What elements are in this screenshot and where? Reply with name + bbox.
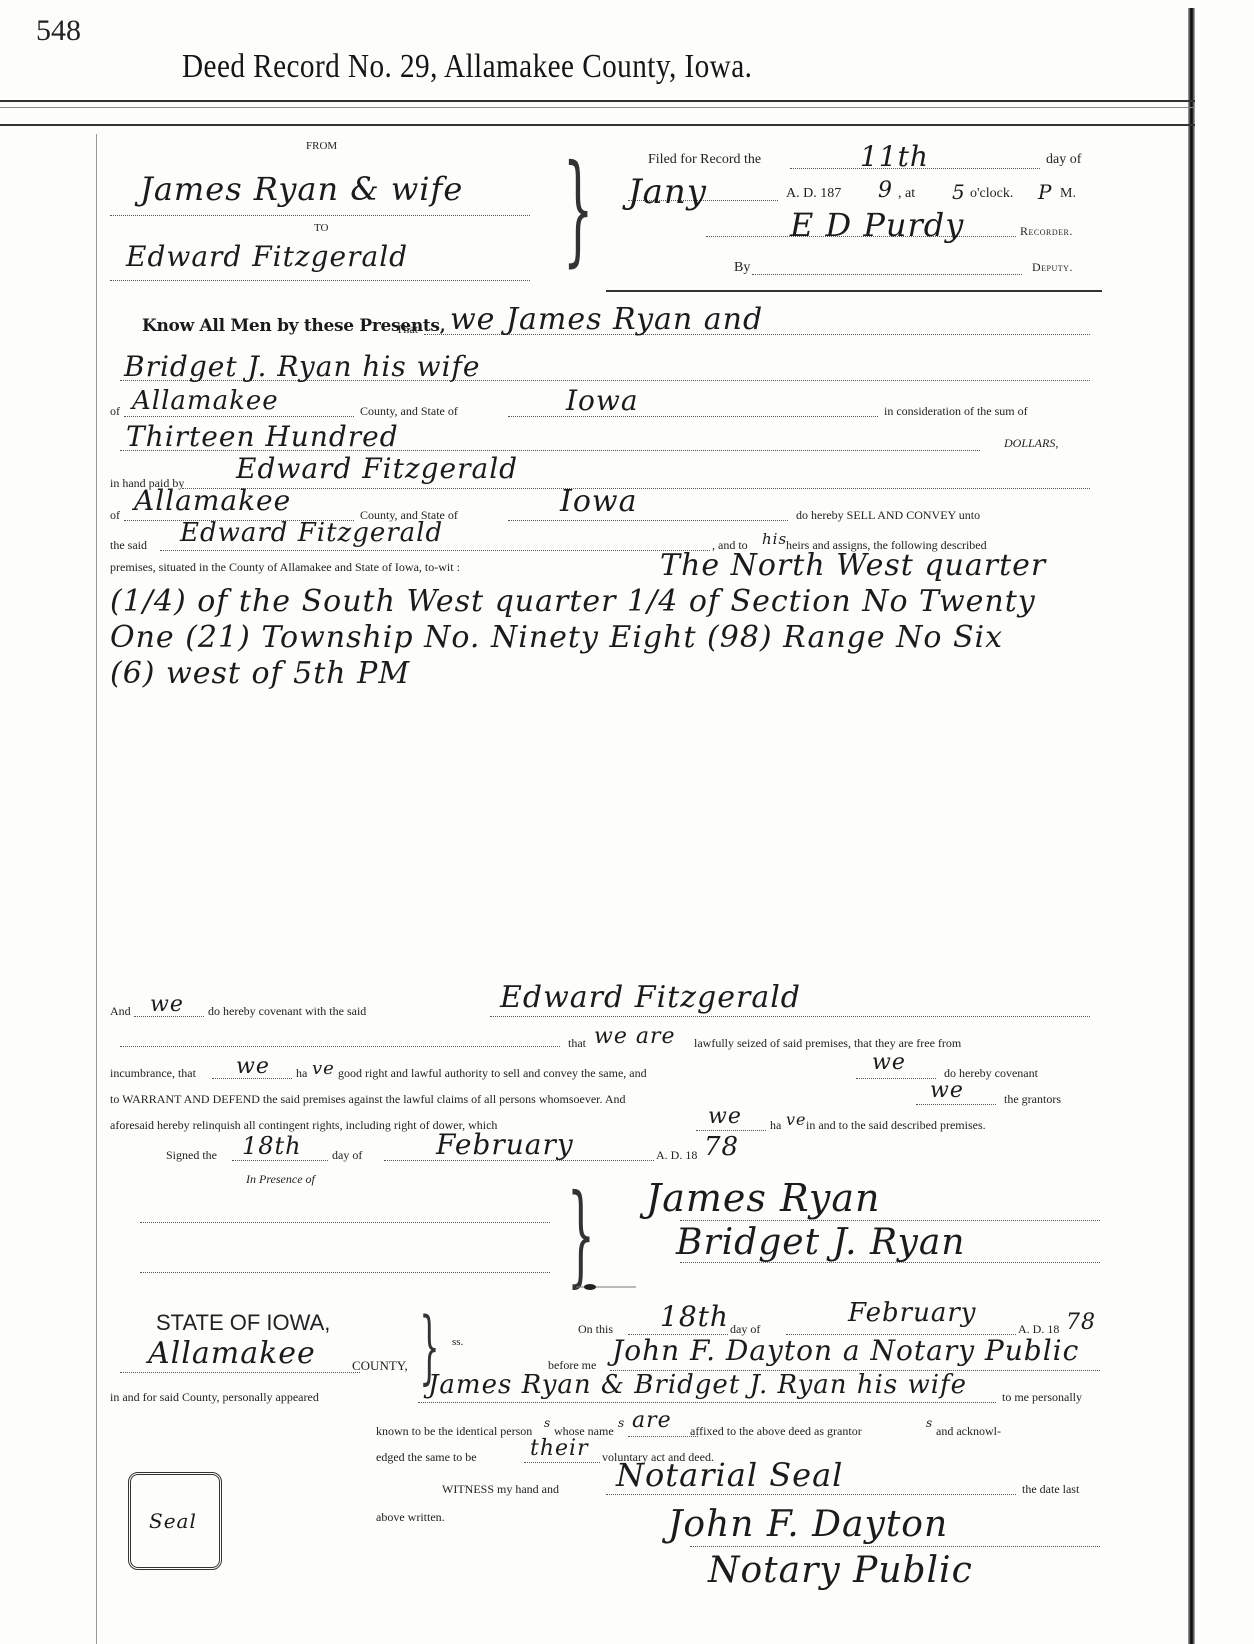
signature-james-ryan: James Ryan	[646, 1176, 881, 1220]
presence-label: In Presence of	[246, 1172, 315, 1187]
ack-county-line	[120, 1372, 360, 1373]
grantors-2: Bridget J. Ryan his wife	[124, 350, 481, 383]
filed-month: Jany	[628, 172, 707, 212]
their: their	[530, 1436, 589, 1461]
of-label-2: of	[110, 508, 120, 523]
seal-type-line	[606, 1494, 1016, 1495]
premises-label: premises, situated in the County of Alla…	[110, 560, 460, 575]
that-label: That	[396, 322, 418, 337]
deputy-label: Deputy.	[1032, 260, 1073, 275]
sell-convey-label: do hereby SELL AND CONVEY unto	[796, 508, 980, 523]
ve-2: ve	[786, 1110, 807, 1129]
by-label: By	[734, 260, 750, 276]
we-are: we are	[594, 1024, 676, 1049]
ack-year: 78	[1066, 1310, 1096, 1335]
day-of-label: day of	[1046, 152, 1081, 168]
are: are	[632, 1408, 672, 1433]
signed-day-of-label: day of	[332, 1148, 362, 1163]
on-this-label: On this	[578, 1322, 613, 1337]
we5-line	[696, 1130, 766, 1131]
signed-label: Signed the	[166, 1148, 217, 1163]
blank-covenant-line	[120, 1046, 560, 1047]
right-label: good right and lawful authority to sell …	[338, 1066, 647, 1081]
dollars-label: DOLLARS,	[1004, 436, 1058, 451]
m-label: M.	[1060, 186, 1076, 202]
notary-signature: John F. Dayton	[668, 1504, 948, 1545]
grantor-state: Iowa	[566, 384, 639, 417]
buyer-line	[160, 550, 710, 551]
incumbrance-label: incumbrance, that	[110, 1066, 196, 1081]
notarial-seal: Seal	[128, 1472, 222, 1570]
legal-description-line-1: The North West quarter	[660, 548, 1046, 583]
covenantee: Edward Fitzgerald	[500, 980, 801, 1015]
covenantee-line	[490, 1016, 1090, 1017]
ack-month: February	[848, 1298, 976, 1328]
we-2: we	[236, 1054, 270, 1079]
buyer: Edward Fitzgerald	[180, 518, 443, 548]
legal-description-line-4: (6) west of 5th PM	[110, 656, 410, 691]
warrant-label: to WARRANT AND DEFEND the said premises …	[110, 1092, 626, 1107]
grantee-line	[110, 280, 530, 281]
header-rule-mid	[0, 107, 1195, 108]
affixed-label: affixed to the above deed as grantor	[690, 1424, 862, 1439]
date-last-label: the date last	[1022, 1482, 1079, 1497]
recorder-name: E D Purdy	[790, 206, 964, 244]
from-label: FROM	[306, 140, 337, 152]
witness-brace: }	[567, 1170, 595, 1298]
seal-type: Notarial Seal	[616, 1456, 843, 1494]
header-rule-bottom	[0, 124, 1195, 126]
person-s: s	[544, 1416, 551, 1430]
we-4: we	[930, 1078, 964, 1103]
his: his	[762, 530, 787, 548]
we4-line	[916, 1104, 996, 1105]
filed-year-digit: 9	[878, 178, 893, 203]
known-label: known to be the identical person	[376, 1424, 532, 1439]
filing-underline	[606, 290, 1102, 292]
witness-line-1	[140, 1222, 550, 1223]
grantor-county: Allamakee	[132, 386, 279, 416]
payer-county: Allamakee	[134, 484, 291, 517]
recorder-label: Recorder.	[1020, 224, 1073, 239]
filed-meridiem: P	[1038, 180, 1052, 204]
grantors-1: we James Ryan and	[450, 302, 763, 337]
appeared-label: in and for said County, personally appea…	[110, 1390, 319, 1405]
edged-label: edged the same to be	[376, 1450, 477, 1465]
page-number: 548	[36, 14, 81, 48]
divider-ornament	[576, 1283, 636, 1291]
ha-label: ha	[296, 1066, 307, 1081]
their-line	[524, 1462, 600, 1463]
notary-before: John F. Dayton a Notary Public	[612, 1334, 1079, 1367]
signed-year: 78	[704, 1132, 739, 1162]
ack-county: Allamakee	[148, 1336, 316, 1371]
payer: Edward Fitzgerald	[236, 452, 518, 485]
appeared-names: James Ryan & Bridget J. Ryan his wife	[428, 1370, 967, 1400]
of-label: of	[110, 404, 120, 419]
seal-text: Seal	[149, 1509, 197, 1533]
we-5: we	[708, 1104, 742, 1129]
signed-ad-label: A. D. 18	[656, 1148, 697, 1163]
county-label: COUNTY,	[352, 1358, 408, 1374]
legal-description-line-3: One (21) Township No. Ninety Eight (98) …	[110, 620, 1003, 655]
signed-month: February	[436, 1128, 574, 1161]
grantee-name: Edward Fitzgerald	[126, 240, 408, 273]
notary-title: Notary Public	[708, 1550, 973, 1591]
legal-description-line-2: (1/4) of the South West quarter 1/4 of S…	[110, 584, 1036, 619]
covenant-label: do hereby covenant with the said	[208, 1004, 366, 1019]
signed-day-line	[232, 1160, 328, 1161]
personally-label: to me personally	[1002, 1390, 1082, 1405]
ad-label: A. D. 187	[786, 186, 841, 202]
oclock-label: o'clock.	[970, 186, 1013, 202]
county-state-label: County, and State of	[360, 404, 458, 419]
notary-signature-line	[690, 1546, 1100, 1547]
filed-label: Filed for Record the	[648, 152, 761, 168]
grantor-s: s	[926, 1416, 933, 1430]
filed-hour: 5	[952, 180, 966, 204]
grantor-county-line	[124, 416, 354, 417]
grantor-label: the grantors	[1004, 1092, 1061, 1107]
book-binding-edge	[1188, 8, 1195, 1644]
premises-end-label: in and to the said described premises.	[806, 1118, 986, 1133]
ss-label: ss.	[452, 1336, 463, 1348]
the-said-label: the said	[110, 538, 147, 553]
amount: Thirteen Hundred	[126, 420, 399, 453]
grantor-line	[110, 215, 530, 216]
left-margin-rule	[96, 134, 97, 1644]
parties-brace: }	[563, 140, 594, 279]
grantor-state-line	[508, 416, 878, 417]
that-label-2: that	[568, 1036, 586, 1051]
signature-bridget-ryan: Bridget J. Ryan	[676, 1222, 965, 1263]
consideration-label: in consideration of the sum of	[884, 404, 1028, 419]
payer-state-line	[508, 520, 788, 521]
ha-label-2: ha	[770, 1118, 781, 1133]
we3-line	[856, 1078, 936, 1079]
state-label: STATE OF IOWA,	[156, 1310, 330, 1336]
are-line	[628, 1436, 698, 1437]
ve: ve	[312, 1058, 335, 1079]
at-label: , at	[898, 186, 915, 202]
and-label: And	[110, 1004, 131, 1019]
appeared-names-line	[418, 1402, 996, 1403]
witness-line-2	[140, 1272, 550, 1273]
signed-day: 18th	[242, 1132, 302, 1160]
name-s: s	[618, 1416, 625, 1430]
header-rule-top	[0, 100, 1195, 102]
acknowl-label: and acknowl-	[936, 1424, 1001, 1439]
filed-day: 11th	[860, 140, 929, 173]
seized-label: lawfully seized of said premises, that t…	[694, 1036, 961, 1051]
above-written-label: above written.	[376, 1510, 445, 1525]
witness-label: WITNESS my hand and	[442, 1482, 559, 1497]
grantor-name: James Ryan & wife	[140, 170, 463, 208]
ack-day: 18th	[660, 1300, 729, 1333]
deputy-line	[752, 274, 1022, 275]
we-1: we	[150, 992, 184, 1017]
payer-state: Iowa	[560, 484, 637, 519]
to-label: TO	[314, 222, 328, 234]
signature-line-1	[680, 1220, 1100, 1221]
we-3: we	[872, 1050, 906, 1075]
page-title: Deed Record No. 29, Allamakee County, Io…	[182, 48, 752, 86]
